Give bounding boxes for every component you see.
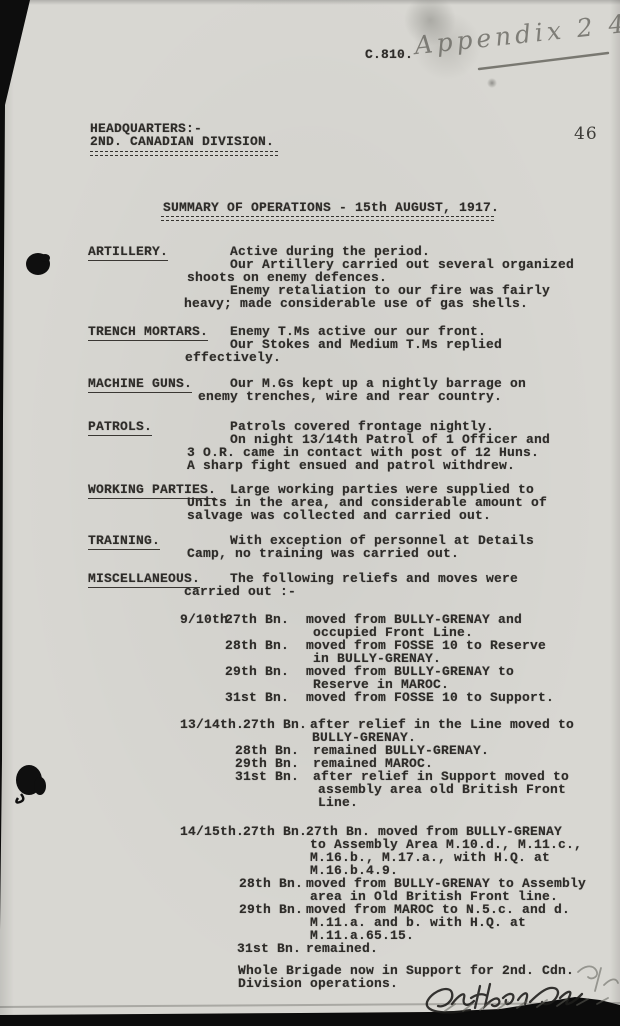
typed-line: effectively. xyxy=(185,351,281,364)
section-heading-artillery: ARTILLERY. xyxy=(88,244,168,261)
document-page: C.810. Appendix 2 4 46 HEADQUARTERS:- 2N… xyxy=(0,0,620,1026)
ink-blot-tail xyxy=(16,794,23,803)
handwritten-appendix-note: Appendix 2 4 xyxy=(413,9,620,60)
typed-line: heavy; made considerable use of gas shel… xyxy=(184,297,528,310)
typed-line: carried out :- xyxy=(184,585,296,598)
paper-crease xyxy=(0,1003,620,1007)
unit-label: 28th Bn. xyxy=(239,877,303,890)
title-underline xyxy=(161,216,494,221)
ink-blot xyxy=(40,254,50,262)
typed-line: Line. xyxy=(318,796,358,809)
reference-number: C.810. xyxy=(365,48,413,61)
unit-label: 31st Bn. xyxy=(225,691,289,704)
org-underline xyxy=(90,151,278,156)
section-heading-patrols: PATROLS. xyxy=(88,419,152,436)
unit-label: 27th Bn. xyxy=(225,613,289,626)
unit-label: 31st Bn. xyxy=(235,770,299,783)
appendix-underline xyxy=(479,53,608,69)
handwritten-signature xyxy=(427,984,582,1012)
unit-label: 29th Bn. xyxy=(225,665,289,678)
section-heading-machine-guns: MACHINE GUNS. xyxy=(88,376,192,393)
section-heading-training: TRAINING. xyxy=(88,533,160,550)
typed-line: A sharp fight ensued and patrol withdrew… xyxy=(187,459,515,472)
unit-label: 27th Bn. xyxy=(243,718,307,731)
typed-line: remained. xyxy=(306,942,378,955)
unit-label: 29th Bn. xyxy=(239,903,303,916)
typed-line: Camp, no training was carried out. xyxy=(187,547,459,560)
page-number: 46 xyxy=(574,124,598,144)
movement-date: 9/10th xyxy=(180,613,228,626)
closing-line: Division operations. xyxy=(238,977,398,990)
torn-left-edge xyxy=(0,0,30,930)
ink-blot xyxy=(16,765,42,795)
movement-date: 14/15th. xyxy=(180,825,244,838)
typed-line: salvage was collected and carried out. xyxy=(187,509,491,522)
unit-label: 27th Bn. xyxy=(243,825,307,838)
typed-line: moved from FOSSE 10 to Support. xyxy=(306,691,554,704)
document-title: SUMMARY OF OPERATIONS - 15th AUGUST, 191… xyxy=(163,201,499,214)
movement-date: 13/14th. xyxy=(180,718,244,731)
unit-label: 28th Bn. xyxy=(225,639,289,652)
section-heading-trench-mortars: TRENCH MORTARS. xyxy=(88,324,208,341)
ink-blot xyxy=(34,777,46,795)
typed-line: enemy trenches, wire and rear country. xyxy=(198,390,502,403)
ink-blot xyxy=(26,253,50,275)
unit-label: 31st Bn. xyxy=(237,942,301,955)
torn-bottom-edge xyxy=(0,997,620,1026)
org-name-line2: 2ND. CANADIAN DIVISION. xyxy=(90,135,274,148)
